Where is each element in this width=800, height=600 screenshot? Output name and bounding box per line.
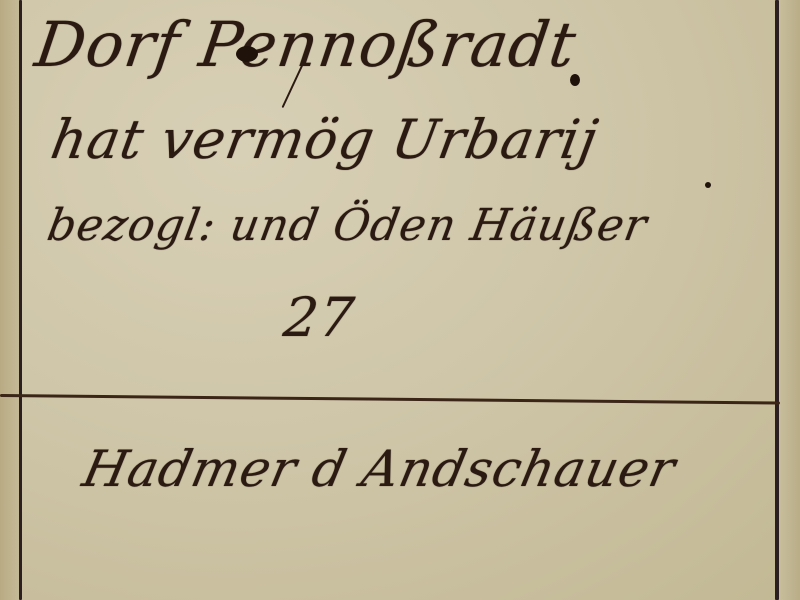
house-count: 27	[281, 286, 358, 349]
urbarium-line: hat vermög Urbarij	[46, 108, 603, 171]
ink-blot	[705, 182, 711, 188]
houses-description-line: bezogl: und Öden Häußer	[44, 200, 652, 251]
ink-blot	[570, 74, 580, 86]
entry-name-line: Hadmer d Andschauer	[78, 440, 681, 498]
bottom-cell: Hadmer d Andschauer	[22, 398, 775, 600]
village-name-line: Dorf Pennoßradt	[31, 8, 581, 81]
manuscript-page: Dorf Pennoßradt hat vermög Urbarij bezog…	[0, 0, 800, 600]
ink-blot	[236, 46, 258, 62]
right-vertical-rule	[775, 0, 779, 600]
top-cell: Dorf Pennoßradt hat vermög Urbarij bezog…	[22, 0, 775, 394]
right-page-margin	[778, 0, 800, 600]
